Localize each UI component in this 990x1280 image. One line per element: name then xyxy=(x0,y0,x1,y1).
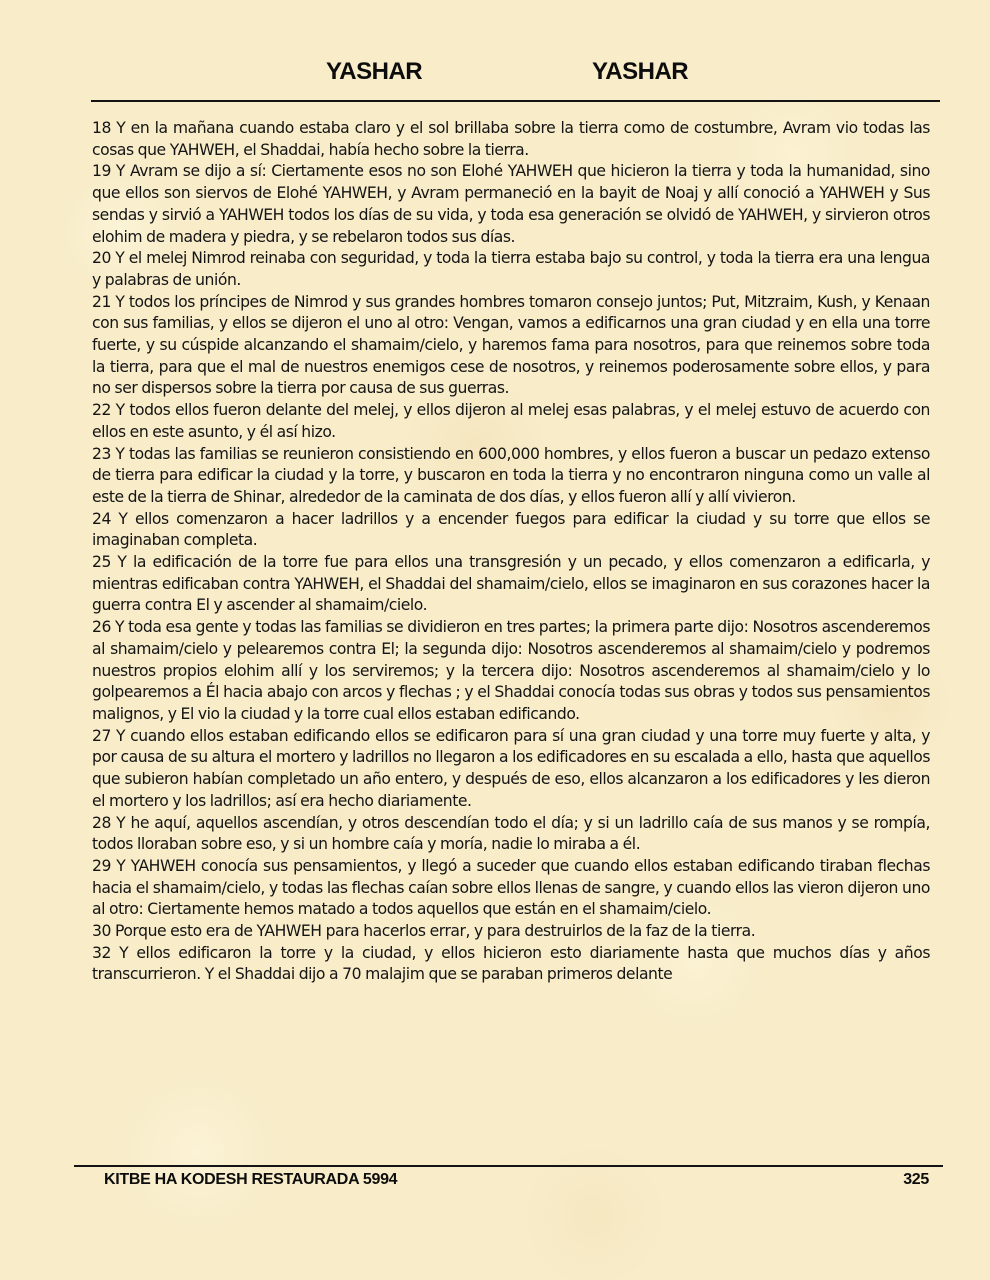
verse-32: 32 Y ellos edificaron la torre y la ciud… xyxy=(92,943,930,986)
page-body: 18 Y en la mañana cuando estaba claro y … xyxy=(92,118,930,986)
page-footer: KITBE HA KODESH RESTAURADA 5994 325 xyxy=(0,1171,990,1195)
verse-22: 22 Y todos ellos fueron delante del mele… xyxy=(92,400,930,443)
verse-29: 29 Y YAHWEH conocía sus pensamientos, y … xyxy=(92,856,930,921)
running-header: YASHAR YASHAR xyxy=(0,58,990,90)
verse-20: 20 Y el melej Nimrod reinaba con segurid… xyxy=(92,248,930,291)
verse-24: 24 Y ellos comenzaron a hacer ladrillos … xyxy=(92,509,930,552)
verse-30: 30 Porque esto era de YAHWEH para hacerl… xyxy=(92,921,930,943)
verse-26: 26 Y toda esa gente y todas las familias… xyxy=(92,617,930,726)
page-number: 325 xyxy=(903,1171,929,1189)
verse-28: 28 Y he aquí, aquellos ascendían, y otro… xyxy=(92,813,930,856)
header-divider xyxy=(91,100,940,102)
verse-27: 27 Y cuando ellos estaban edificando ell… xyxy=(92,726,930,813)
verse-18: 18 Y en la mañana cuando estaba claro y … xyxy=(92,118,930,161)
footer-book-title: KITBE HA KODESH RESTAURADA 5994 xyxy=(104,1171,397,1189)
verse-21: 21 Y todos los príncipes de Nimrod y sus… xyxy=(92,292,930,401)
footer-divider xyxy=(74,1165,943,1167)
verse-23: 23 Y todas las familias se reunieron con… xyxy=(92,444,930,509)
header-title-right: YASHAR xyxy=(592,58,688,86)
verse-25: 25 Y la edificación de la torre fue para… xyxy=(92,552,930,617)
header-title-left: YASHAR xyxy=(326,58,422,86)
verse-19: 19 Y Avram se dijo a sí: Ciertamente eso… xyxy=(92,161,930,248)
